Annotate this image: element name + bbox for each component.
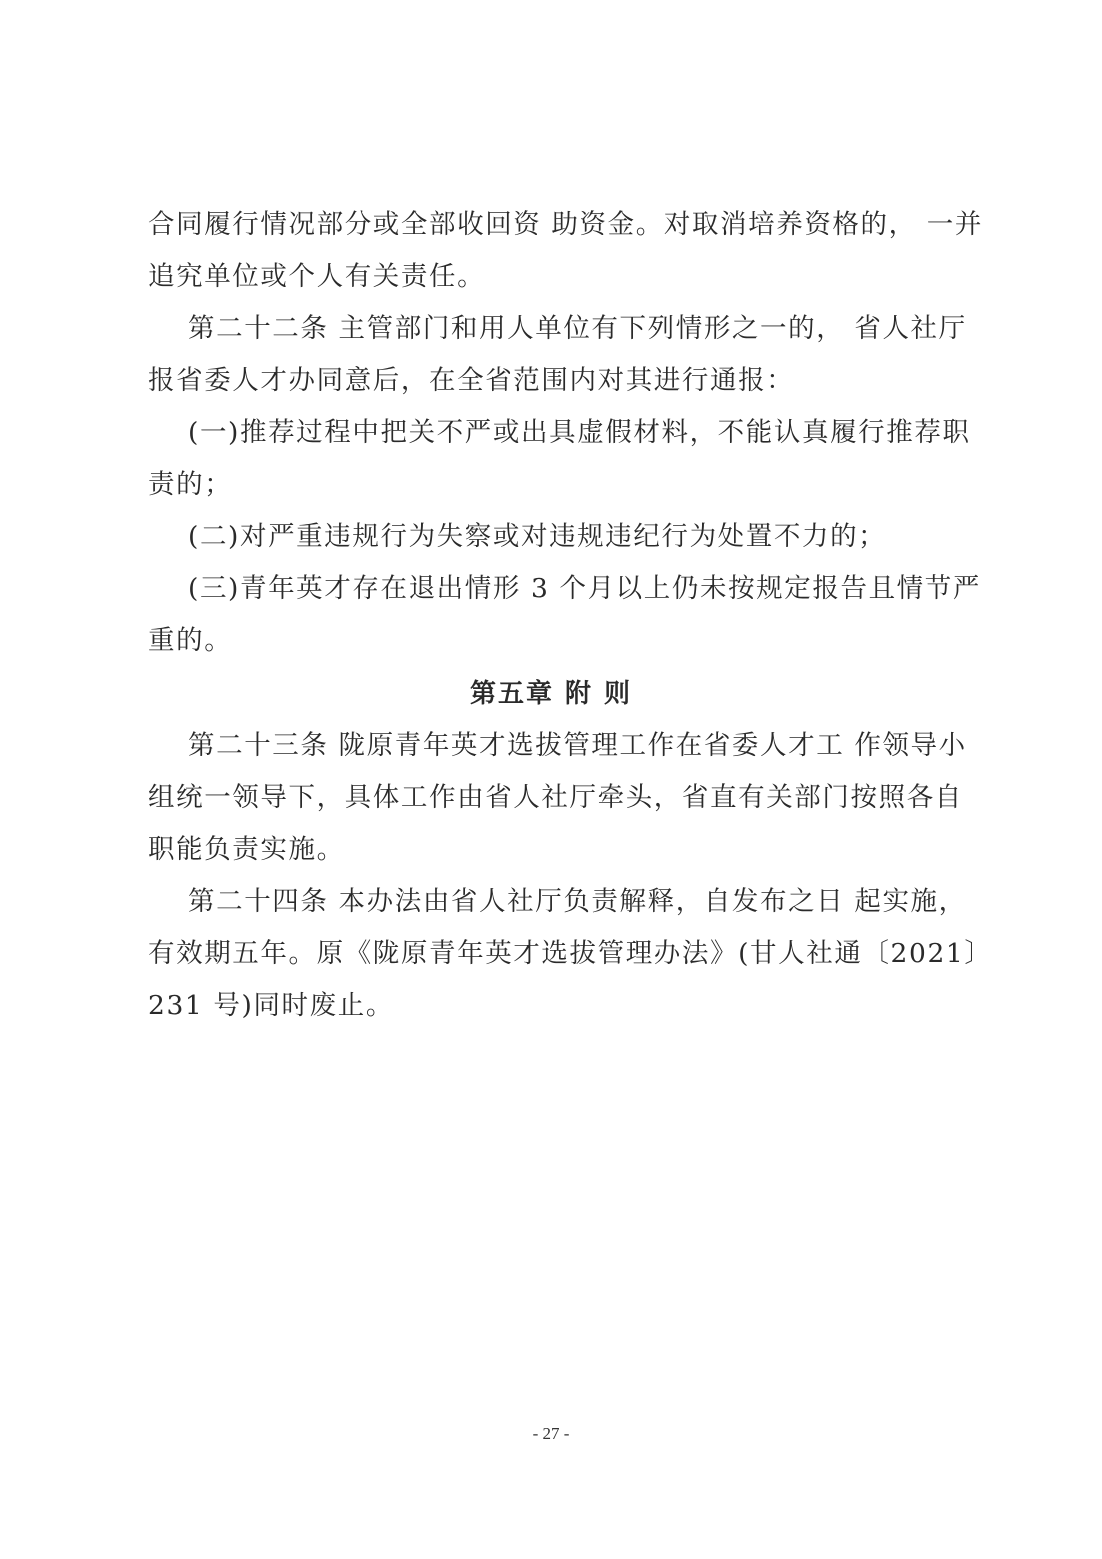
paragraph-line: 合同履行情况部分或全部收回资 助资金。对取消培养资格的， 一并 (148, 199, 966, 251)
list-item-3-line: 重的。 (148, 615, 966, 667)
body-text-upper: 合同履行情况部分或全部收回资 助资金。对取消培养资格的， 一并 追究单位或个人有… (148, 199, 966, 667)
paragraph-line: 追究单位或个人有关责任。 (148, 251, 966, 303)
list-item-1-line: (一)推荐过程中把关不严或出具虚假材料，不能认真履行推荐职 (148, 407, 966, 459)
list-item-1-line: 责的； (148, 459, 966, 511)
article-23-line: 第二十三条 陇原青年英才选拔管理工作在省委人才工 作领导小 (148, 720, 966, 772)
body-text-lower: 第二十三条 陇原青年英才选拔管理工作在省委人才工 作领导小 组统一领导下，具体工… (148, 720, 966, 1032)
page-number: - 27 - (0, 1424, 1102, 1444)
article-23-line: 职能负责实施。 (148, 824, 966, 876)
article-24-line: 有效期五年。原《陇原青年英才选拔管理办法》(甘人社通〔2021〕 (148, 928, 966, 980)
article-22-line: 报省委人才办同意后，在全省范围内对其进行通报： (148, 355, 966, 407)
article-24-line: 231 号)同时废止。 (148, 980, 966, 1032)
document-page: 合同履行情况部分或全部收回资 助资金。对取消培养资格的， 一并 追究单位或个人有… (0, 0, 1102, 1559)
list-item-3-line: (三)青年英才存在退出情形 3 个月以上仍未按规定报告且情节严 (148, 563, 966, 615)
article-24-line: 第二十四条 本办法由省人社厅负责解释，自发布之日 起实施， (148, 876, 966, 928)
list-item-2-line: (二)对严重违规行为失察或对违规违纪行为处置不力的； (148, 511, 966, 563)
chapter-heading: 第五章 附 则 (0, 668, 1102, 720)
article-23-line: 组统一领导下，具体工作由省人社厅牵头，省直有关部门按照各自 (148, 772, 966, 824)
article-22-line: 第二十二条 主管部门和用人单位有下列情形之一的， 省人社厅 (148, 303, 966, 355)
